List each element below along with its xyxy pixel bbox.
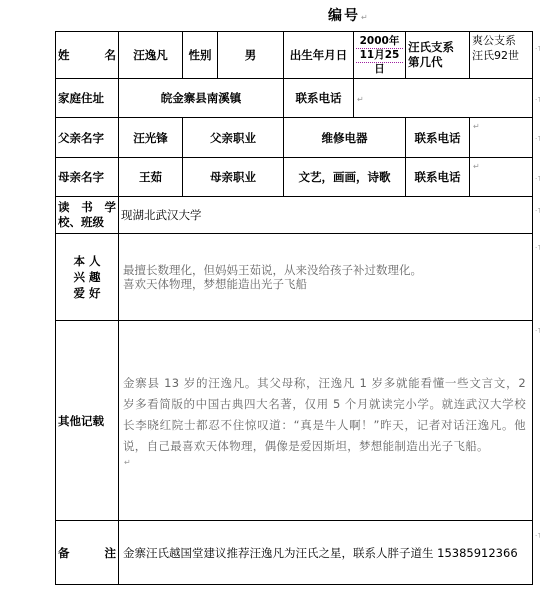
father-job-label-cell: 父亲职业 — [183, 118, 284, 158]
other-value-cell[interactable]: 金寨县 13 岁的汪逸凡。其父母称，汪逸凡 1 岁多就能看懂一些文言文，2 岁多… — [119, 321, 533, 521]
mother-name-label-cell: 母亲名字 — [56, 158, 119, 197]
school-value-cell[interactable]: 现湖北武汉大学 — [119, 197, 533, 234]
document-title: 编号↵ — [328, 5, 370, 25]
father-name-label-cell: 父亲名字 — [56, 118, 119, 158]
remark-label-cell: 备注 — [56, 521, 119, 585]
paragraph-mark-icon: ↵ — [473, 122, 480, 131]
other-label-cell: 其他记载 — [56, 321, 119, 521]
row-end-mark-icon: ·˥ — [535, 96, 541, 104]
father-phone-label-cell: 联系电话 — [406, 118, 470, 158]
paragraph-mark-icon: ↵ — [357, 95, 364, 104]
address-label-cell: 家庭住址 — [56, 79, 119, 118]
student-info-form: 姓名 汪逸凡 性别 男 出生年月日 2000年 11月25 日 汪氏支系 第几代… — [55, 31, 533, 585]
gender-label-cell: 性别 — [183, 32, 218, 79]
row-mother: 母亲名字 王茹 母亲职业 文艺，画画，诗歌 联系电话 ↵ — [56, 158, 533, 197]
mother-phone-label-cell: 联系电话 — [406, 158, 470, 197]
row-end-mark-icon: ·˥ — [535, 327, 541, 335]
row-end-mark-icon: ·˥ — [535, 207, 541, 215]
name-value-cell[interactable]: 汪逸凡 — [119, 32, 183, 79]
paragraph-mark-icon: ↵ — [361, 13, 370, 22]
name-label-cell: 姓名 — [56, 32, 119, 79]
row-basic-info: 姓名 汪逸凡 性别 男 出生年月日 2000年 11月25 日 汪氏支系 第几代… — [56, 32, 533, 79]
mother-job-value-cell[interactable]: 文艺，画画，诗歌 — [284, 158, 406, 197]
row-end-mark-icon: ·˥ — [535, 135, 541, 143]
father-job-value-cell[interactable]: 维修电器 — [284, 118, 406, 158]
gender-value-cell[interactable]: 男 — [218, 32, 284, 79]
address-value-cell[interactable]: 皖金寨县南溪镇 — [119, 79, 284, 118]
row-father: 父亲名字 汪光锋 父亲职业 维修电器 联系电话 ↵ — [56, 118, 533, 158]
remark-value-cell[interactable]: 金寨汪氏越国堂建议推荐汪逸凡为汪氏之星，联系人胖子道生 15385912366 — [119, 521, 533, 585]
row-end-mark-icon: ·˥ — [535, 532, 541, 540]
school-label-cell: 读书学 校、班级 — [56, 197, 119, 234]
generation-value-cell[interactable]: 爽公支系 汪氏92世 — [470, 32, 533, 79]
row-school: 读书学 校、班级 现湖北武汉大学 — [56, 197, 533, 234]
row-address: 家庭住址 皖金寨县南溪镇 联系电话 ↵ — [56, 79, 533, 118]
row-other-records: 其他记载 金寨县 13 岁的汪逸凡。其父母称，汪逸凡 1 岁多就能看懂一些文言文… — [56, 321, 533, 521]
paragraph-mark-icon: ↵ — [473, 162, 480, 171]
father-phone-value-cell[interactable]: ↵ — [470, 118, 533, 158]
address-phone-value-cell[interactable]: ↵ — [354, 79, 533, 118]
hobby-label-cell: 本 人 兴 趣 爱 好 — [56, 234, 119, 321]
row-hobby: 本 人 兴 趣 爱 好 最擅长数理化，但妈妈王茹说，从来没给孩子补过数理化。 喜… — [56, 234, 533, 321]
birth-label-cell: 出生年月日 — [284, 32, 354, 79]
row-end-mark-icon: ·˥ — [535, 175, 541, 183]
row-remarks: 备注 金寨汪氏越国堂建议推荐汪逸凡为汪氏之星，联系人胖子道生 153859123… — [56, 521, 533, 585]
hobby-value-cell[interactable]: 最擅长数理化，但妈妈王茹说，从来没给孩子补过数理化。 喜欢天体物理，梦想能造出光… — [119, 234, 533, 321]
row-end-mark-icon: ·˥ — [535, 45, 541, 53]
mother-phone-value-cell[interactable]: ↵ — [470, 158, 533, 197]
father-name-value-cell[interactable]: 汪光锋 — [119, 118, 183, 158]
generation-label-cell: 汪氏支系 第几代 — [406, 32, 470, 79]
mother-name-value-cell[interactable]: 王茹 — [119, 158, 183, 197]
address-phone-label-cell: 联系电话 — [284, 79, 354, 118]
birth-value-cell[interactable]: 2000年 11月25 日 — [354, 32, 406, 79]
paragraph-mark-icon: ↵ — [124, 457, 526, 469]
row-end-mark-icon: ·˥ — [535, 244, 541, 252]
mother-job-label-cell: 母亲职业 — [183, 158, 284, 197]
